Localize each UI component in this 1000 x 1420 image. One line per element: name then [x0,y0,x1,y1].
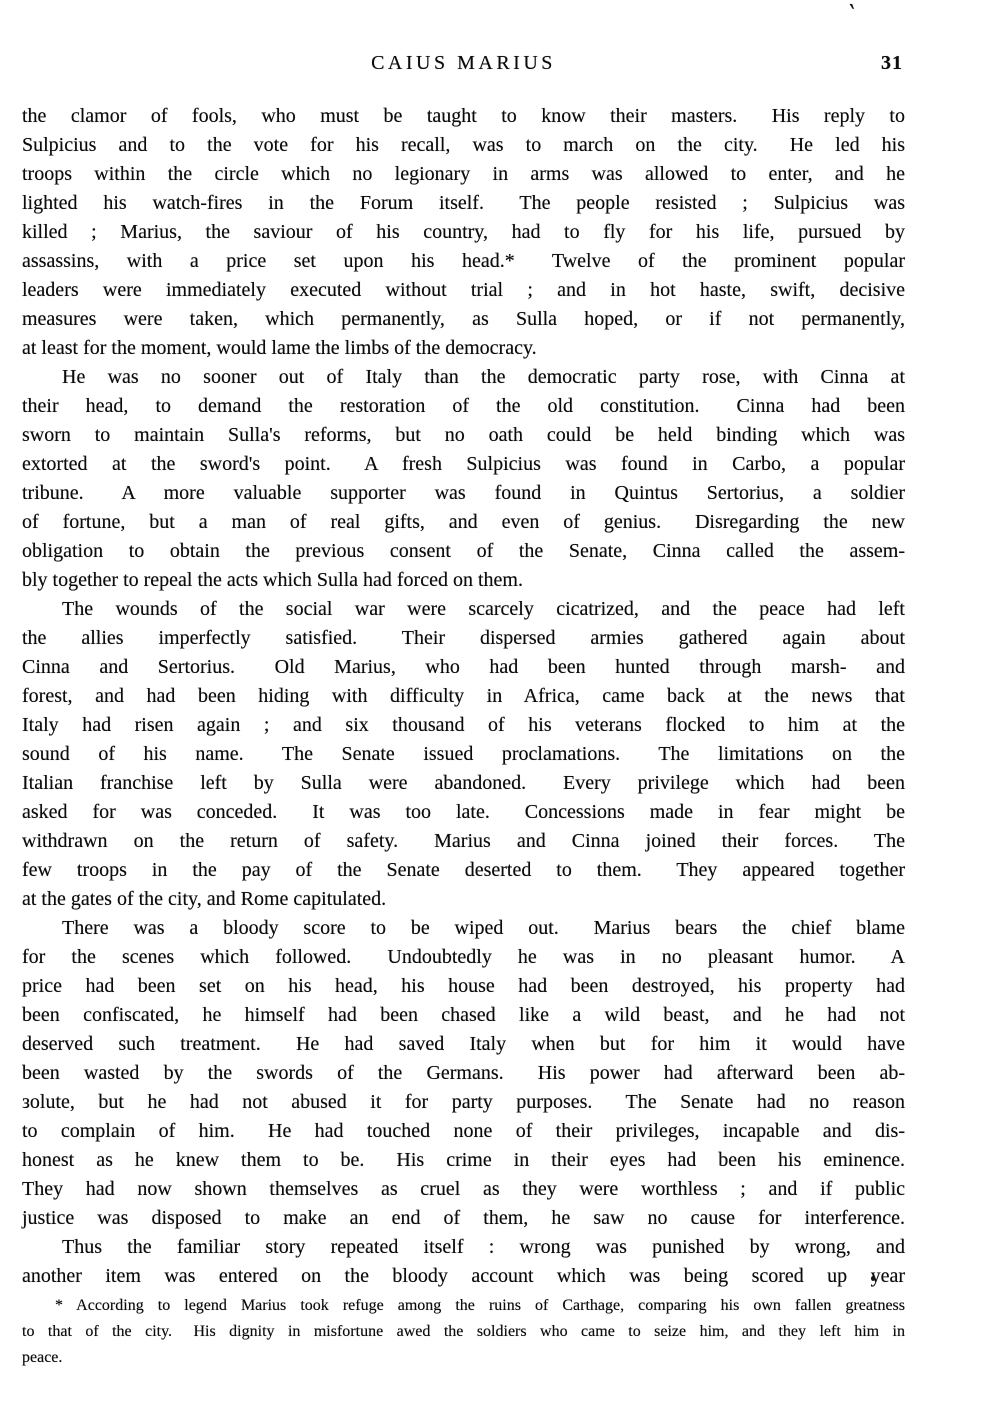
text-line: troops within the circle which no legion… [22,160,905,189]
text-line: Italy had risen again ; and six thousand… [22,711,905,740]
text-line: the allies imperfectly satisfied. Their … [22,624,905,653]
text-line: been confiscated, he himself had been ch… [22,1001,905,1030]
text-line: tribune. A more valuable supporter was f… [22,479,905,508]
text-line: There was a bloody score to be wiped out… [22,914,905,943]
footnote-line: * According to legend Marius took refuge… [22,1293,905,1319]
text-line: for the scenes which followed. Undoubted… [22,943,905,972]
text-line: few troops in the pay of the Senate dese… [22,856,905,885]
text-line: Thus the familiar story repeated itself … [22,1233,905,1262]
body-text: the clamor of fools, who must be taught … [22,102,905,1291]
text-line: assassins, with a price set upon his hea… [22,247,905,276]
text-line: measures were taken, which permanently, … [22,305,905,334]
footnote-line: to that of the city. His dignity in misf… [22,1319,905,1345]
text-line: Italian franchise left by Sulla were aba… [22,769,905,798]
page-number: 31 [881,52,903,75]
text-line: price had been set on his head, his hous… [22,972,905,1001]
footnote: * According to legend Marius took refuge… [22,1293,905,1371]
text-line: withdrawn on the return of safety. Mariu… [22,827,905,856]
paragraph: Thus the familiar story repeated itself … [22,1233,905,1291]
text-line: to complain of him. He had touched none … [22,1117,905,1146]
stray-mark: ‵ [846,0,855,30]
text-line: asked for was conceded. It was too late.… [22,798,905,827]
ink-speck [871,1276,875,1281]
paragraph: * According to legend Marius took refuge… [22,1293,905,1371]
text-line: sworn to maintain Sulla's reforms, but n… [22,421,905,450]
text-line: Sulpicius and to the vote for his recall… [22,131,905,160]
text-line: Cinna and Sertorius. Old Marius, who had… [22,653,905,682]
text-line: They had now shown themselves as cruel a… [22,1175,905,1204]
text-line: forest, and had been hiding with difficu… [22,682,905,711]
text-line: bly together to repeal the acts which Su… [22,566,905,595]
text-line: another item was entered on the bloody a… [22,1262,905,1291]
text-line: He was no sooner out of Italy than the d… [22,363,905,392]
text-line: The wounds of the social war were scarce… [22,595,905,624]
text-line: deserved such treatment. He had saved It… [22,1030,905,1059]
text-line: at least for the moment, would lame the … [22,334,905,363]
text-line: leaders were immediately executed withou… [22,276,905,305]
text-line: at the gates of the city, and Rome capit… [22,885,905,914]
paragraph: He was no sooner out of Italy than the d… [22,363,905,595]
page-header: CAIUS MARIUS 31 [22,52,905,80]
text-line: зolute, but he had not abused it for par… [22,1088,905,1117]
text-line: lighted his watch-fires in the Forum its… [22,189,905,218]
footnote-line: peace. [22,1345,905,1371]
paragraph: The wounds of the social war were scarce… [22,595,905,914]
paragraph: There was a bloody score to be wiped out… [22,914,905,1233]
text-line: been wasted by the swords of the Germans… [22,1059,905,1088]
text-line: honest as he knew them to be. His crime … [22,1146,905,1175]
text-line: killed ; Marius, the saviour of his coun… [22,218,905,247]
text-line: of fortune, but a man of real gifts, and… [22,508,905,537]
text-line: the clamor of fools, who must be taught … [22,102,905,131]
text-line: obligation to obtain the previous consen… [22,537,905,566]
paragraph: the clamor of fools, who must be taught … [22,102,905,363]
text-line: their head, to demand the restoration of… [22,392,905,421]
page-title: CAIUS MARIUS [22,52,905,75]
text-line: sound of his name. The Senate issued pro… [22,740,905,769]
text-line: extorted at the sword's point. A fresh S… [22,450,905,479]
text-line: justice was disposed to make an end of t… [22,1204,905,1233]
book-page: ‵ CAIUS MARIUS 31 the clamor of fools, w… [0,0,1000,1420]
